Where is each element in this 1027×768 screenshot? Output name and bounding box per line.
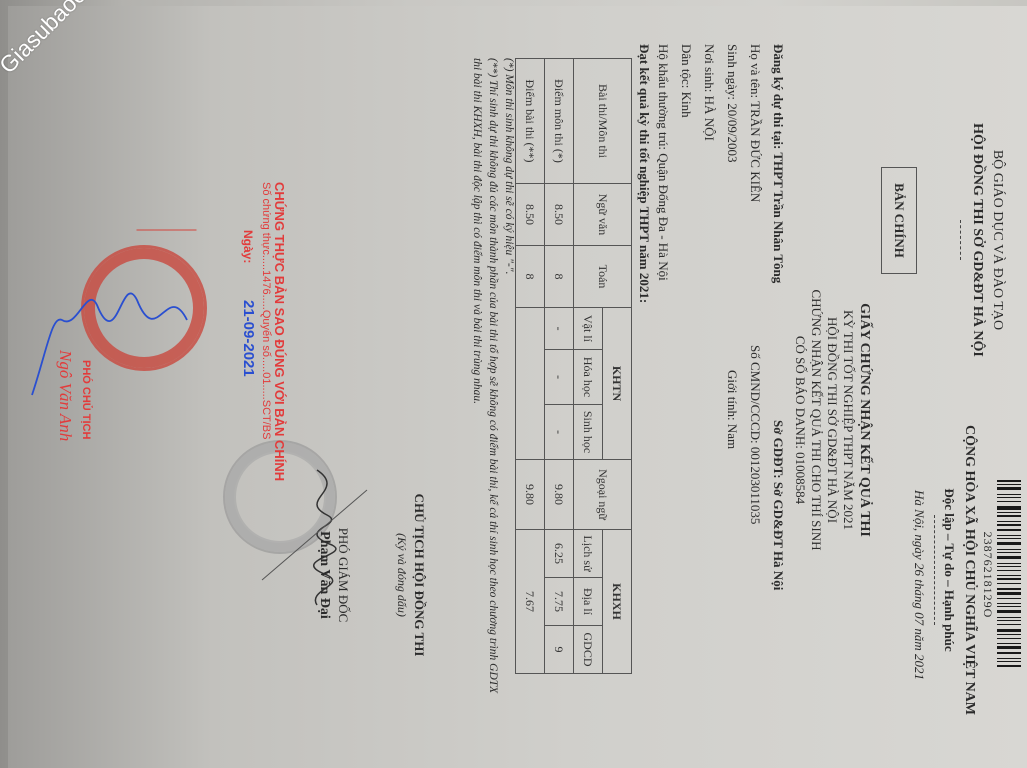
place-date: Hà Nội, ngày 26 tháng 07 năm 2021: [911, 420, 927, 750]
signer-name: Phạm Văn Đại: [316, 410, 332, 740]
header-sinh-hoc: Sinh học: [574, 405, 603, 460]
signer-subtitle: (Ký và đóng dấu): [394, 410, 409, 740]
student-ethnicity: Dân tộc: Kinh: [678, 44, 695, 118]
title-line-5: CÓ SỐ BÁO DANH: 01008584: [792, 200, 808, 640]
results-heading: Đạt kết quả kỳ thi tốt nghiệp THPT năm 2…: [636, 44, 653, 303]
signer-role: PHÓ GIÁM ĐỐC: [335, 410, 351, 740]
residence-value: Quận Đống Đa - Hà Nội: [656, 153, 671, 280]
registration-label: Đăng ký dự thi tại:: [771, 44, 786, 149]
title-line-3: HỘI ĐỒNG THI SỞ GD&ĐT HÀ NỘI: [824, 200, 840, 640]
title-line-2: KỲ THI TỐT NGHIỆP THPT NĂM 2021: [840, 200, 856, 640]
header-lich-su: Lịch sử: [574, 530, 603, 578]
council-name: HỘI ĐỒNG THI SỞ GD&ĐT HÀ NỘI: [967, 70, 987, 410]
header-hoa-hoc: Hóa học: [574, 350, 603, 405]
title-line-4: CHỨNG NHẬN KẾT QUẢ THI CHO THÍ SINH: [808, 200, 824, 640]
registration-dept: Sở GDĐT: Sở GD&ĐT Hà Nội: [770, 420, 787, 590]
cell: -: [545, 350, 574, 405]
cell: 8.50: [516, 184, 545, 246]
cell: 7.75: [545, 578, 574, 626]
dob-label: Sinh ngày:: [725, 44, 740, 100]
ministry-name: BỘ GIÁO DỤC VÀ ĐÀO TẠO: [987, 70, 1007, 410]
header-gdcd: GDCD: [574, 626, 603, 674]
cell: -: [545, 405, 574, 460]
cell: [516, 308, 545, 460]
header-ngoai-ngu: Ngoại ngữ: [574, 460, 632, 530]
original-copy-label: BẢN CHÍNH: [881, 167, 917, 274]
certification-number: Số chứng thực.....1476.....Quyển số.....…: [260, 182, 272, 439]
name-value: TRẦN ĐỨC KIÊN: [748, 101, 763, 202]
name-label: Họ và tên:: [748, 44, 763, 98]
barcode-icon: [997, 480, 1021, 670]
row-label: Điểm môn thi (*): [545, 59, 574, 184]
dept-label: Sở GDĐT:: [771, 420, 786, 479]
cell: -: [545, 308, 574, 350]
id-label: Số CMND/CCCD:: [748, 345, 763, 444]
student-residence: Hộ khẩu thường trú: Quận Đống Đa - Hà Nộ…: [655, 44, 672, 281]
dept-value: Sở GD&ĐT Hà Nội: [771, 482, 786, 590]
student-name: Họ và tên: TRẦN ĐỨC KIÊN: [747, 44, 764, 202]
divider: [960, 220, 961, 260]
table-row: Điểm bài thi (**) 8.50 8 9.80 7.67: [516, 59, 545, 674]
divider: [137, 230, 197, 231]
header-dia-li: Địa lí: [574, 578, 603, 626]
birthplace-value: HÀ NỘI: [702, 96, 717, 141]
national-motto: Độc lập – Tự do – Hạnh phúc: [939, 380, 959, 760]
header-ngu-van: Ngữ văn: [574, 184, 632, 246]
cell: 9: [545, 626, 574, 674]
cell: 9.80: [516, 460, 545, 530]
certifier-name: Ngô Văn Anh: [55, 350, 75, 441]
dob-value: 20/09/2003: [725, 103, 740, 162]
divider: [934, 515, 935, 625]
certification-date-label: Ngày:: [241, 230, 255, 263]
header-khtn: KHTN: [603, 308, 632, 460]
certificate-document: BỘ GIÁO DỤC VÀ ĐÀO TẠO HỘI ĐỒNG THI SỞ G…: [0, 0, 1027, 768]
residence-label: Hộ khẩu thường trú:: [656, 44, 671, 150]
table-row: Điểm môn thi (*) 8.50 8 - - - 9.80 6.25 …: [545, 59, 574, 674]
gender-value: Nam: [725, 424, 740, 449]
scores-table: Bài thi/Môn thi Ngữ văn Toán KHTN Ngoại …: [515, 58, 632, 674]
corner-header: Bài thi/Môn thi: [574, 59, 632, 184]
header-khxh: KHXH: [603, 530, 632, 674]
footnote-2: (**) Thí sinh dự thi không đủ các môn th…: [469, 58, 501, 708]
id-value: 001203011035: [748, 447, 763, 525]
barcode-number: 23876218129O: [980, 480, 995, 670]
certifier-role: PHÓ CHỦ TỊCH: [80, 360, 92, 439]
blue-signature-icon: [27, 260, 197, 400]
row-label: Điểm bài thi (**): [516, 59, 545, 184]
student-id: Số CMND/CCCD: 001203011035: [747, 345, 764, 524]
signer-title: CHỦ TỊCH HỘI ĐỒNG THI: [411, 410, 427, 740]
footnote-1: (*) Môn thi sinh không dự thi sẽ có ký h…: [501, 58, 517, 708]
header-vat-li: Vật lí: [574, 308, 603, 350]
title-line-1: GIẤY CHỨNG NHẬN KẾT QUẢ THI: [856, 200, 872, 640]
certificate-title: GIẤY CHỨNG NHẬN KẾT QUẢ THI KỲ THI TỐT N…: [792, 200, 872, 640]
issuer-header: BỘ GIÁO DỤC VÀ ĐÀO TẠO HỘI ĐỒNG THI SỞ G…: [960, 70, 1007, 410]
national-header: CỘNG HÒA XÃ HỘI CHỦ NGHĨA VIỆT NAM Độc l…: [934, 380, 979, 760]
student-dob: Sinh ngày: 20/09/2003: [724, 44, 741, 162]
registration-value: THPT Trần Nhân Tông: [771, 152, 786, 283]
ethnicity-value: Kinh: [679, 92, 694, 118]
birthplace-label: Nơi sinh:: [702, 44, 717, 92]
student-birthplace: Nơi sinh: HÀ NỘI: [701, 44, 718, 141]
cell: 9.80: [545, 460, 574, 530]
cell: 6.25: [545, 530, 574, 578]
cell: 7.67: [516, 530, 545, 674]
ethnicity-label: Dân tộc:: [679, 44, 694, 88]
cell: 8.50: [545, 184, 574, 246]
header-toan: Toán: [574, 246, 632, 308]
cell: 8: [516, 246, 545, 308]
certification-title: CHỨNG THỰC BẢN SAO ĐÚNG VỚI BẢN CHÍNH: [272, 182, 287, 481]
footnotes: (*) Môn thi sinh không dự thi sẽ có ký h…: [469, 58, 517, 708]
republic-name: CỘNG HÒA XÃ HỘI CHỦ NGHĨA VIỆT NAM: [959, 380, 979, 760]
certification-date: 21-09-2021: [240, 300, 257, 377]
registration-school: Đăng ký dự thi tại: THPT Trần Nhân Tông: [770, 44, 787, 283]
table-header-row: Bài thi/Môn thi Ngữ văn Toán KHTN Ngoại …: [603, 59, 632, 674]
gender-label: Giới tính:: [725, 370, 740, 421]
student-gender: Giới tính: Nam: [724, 370, 741, 449]
cell: 8: [545, 246, 574, 308]
